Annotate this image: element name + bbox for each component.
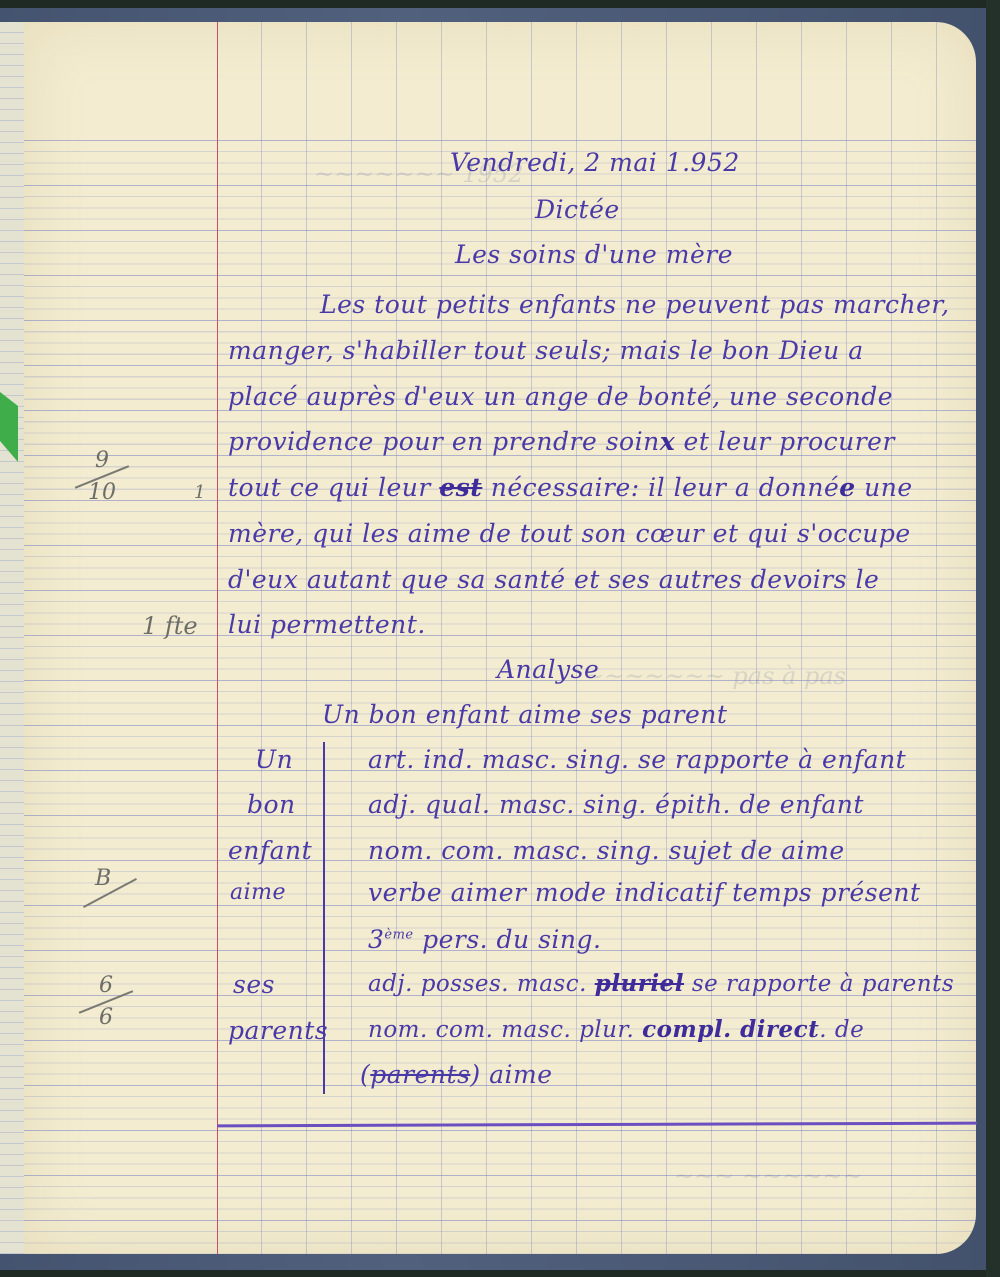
analysis-text: 3ème pers. du sing. bbox=[368, 925, 601, 954]
dictation-title: Les soins d'une mère bbox=[455, 240, 733, 269]
analysis-text: verbe aimer mode indicatif temps présent bbox=[368, 878, 921, 907]
analysis-text: (parents) aime bbox=[360, 1060, 553, 1089]
struck-word: est bbox=[439, 473, 482, 502]
score-numerator: 6 bbox=[99, 973, 113, 998]
dictation-line-5-tail: nécessaire: il leur a donné bbox=[491, 473, 840, 502]
emphasized-term: compl. direct bbox=[642, 1016, 819, 1043]
bleed-through-text: ~~~ ~~~~~~ bbox=[674, 1162, 863, 1190]
exercise-title: Dictée bbox=[535, 195, 620, 224]
bleed-through-text: ~~~~~~~ pas à pas bbox=[584, 662, 846, 690]
dictation-line-3: placé auprès d'eux un ange de bonté, une… bbox=[228, 382, 893, 411]
correction-mark: e bbox=[839, 473, 855, 502]
score-denominator: 10 bbox=[88, 480, 116, 505]
analysis-word: bon bbox=[247, 790, 296, 819]
analysis-part: se rapporte à parents bbox=[692, 971, 954, 997]
faults-note: 1 fte bbox=[142, 612, 198, 640]
dictation-line-8: lui permettent. bbox=[228, 610, 426, 639]
dictation-line-4-text: providence pour en prendre soin bbox=[228, 427, 660, 456]
analysis-word: ses bbox=[233, 970, 275, 999]
date-line: Vendredi, 2 mai 1.952 bbox=[450, 148, 740, 177]
analysis-part: . de bbox=[819, 1017, 864, 1043]
dictation-line-4: providence pour en prendre soinx et leur… bbox=[228, 427, 895, 456]
analysis-grade: B bbox=[95, 866, 111, 891]
analysis-text: adj. posses. masc. pluriel se rapporte à… bbox=[368, 970, 954, 997]
analysis-word: parents bbox=[228, 1016, 328, 1045]
dictation-line-7: d'eux autant que sa santé et ses autres … bbox=[228, 565, 879, 594]
dictation-line-5-end: une bbox=[864, 473, 913, 502]
analysis-word: enfant bbox=[228, 836, 312, 865]
mistake-tick: 1 bbox=[194, 482, 205, 503]
dictation-line-2: manger, s'habiller tout seuls; mais le b… bbox=[228, 336, 864, 365]
score-denominator: 6 bbox=[99, 1005, 113, 1030]
analysis-part: nom. com. masc. plur. bbox=[368, 1017, 634, 1043]
cover-edge bbox=[986, 0, 1000, 1277]
correction-mark: x bbox=[660, 427, 675, 456]
facing-page-edge bbox=[0, 22, 24, 1254]
dictation-line-5-text: tout ce qui leur bbox=[228, 473, 431, 502]
analysis-text: art. ind. masc. sing. se rapporte à enfa… bbox=[368, 745, 906, 774]
analysis-score: 6 6 bbox=[76, 975, 136, 1029]
analysis-text: nom. com. masc. plur. compl. direct. de bbox=[368, 1016, 864, 1043]
ordinal-suffix: ème bbox=[384, 928, 413, 943]
dictation-line-5: tout ce qui leur est nécessaire: il leur… bbox=[228, 473, 913, 502]
analysis-continuation: pers. du sing. bbox=[422, 925, 601, 954]
analysis-sentence: Un bon enfant aime ses parent bbox=[322, 700, 727, 729]
analysis-part: adj. posses. masc. bbox=[368, 971, 587, 997]
analysis-part: ) aime bbox=[470, 1060, 552, 1089]
dictation-line-1: Les tout petits enfants ne peuvent pas m… bbox=[320, 290, 950, 319]
ordinal-number: 3 bbox=[368, 925, 384, 954]
analysis-word: Un bbox=[255, 745, 293, 774]
dictation-score: 9 10 bbox=[72, 450, 132, 504]
analysis-text: nom. com. masc. sing. sujet de aime bbox=[368, 836, 845, 865]
dictation-line-4-tail: et leur procurer bbox=[684, 427, 895, 456]
margin-line bbox=[217, 22, 218, 1254]
struck-word: pluriel bbox=[595, 970, 684, 997]
struck-word: parents bbox=[370, 1060, 470, 1089]
dictation-line-6: mère, qui les aime de tout son cœur et q… bbox=[228, 519, 911, 548]
analysis-title: Analyse bbox=[497, 655, 599, 684]
analysis-word: aime bbox=[230, 880, 286, 905]
analysis-text: adj. qual. masc. sing. épith. de enfant bbox=[368, 790, 864, 819]
paren-open: ( bbox=[360, 1060, 370, 1089]
score-numerator: 9 bbox=[95, 448, 109, 473]
